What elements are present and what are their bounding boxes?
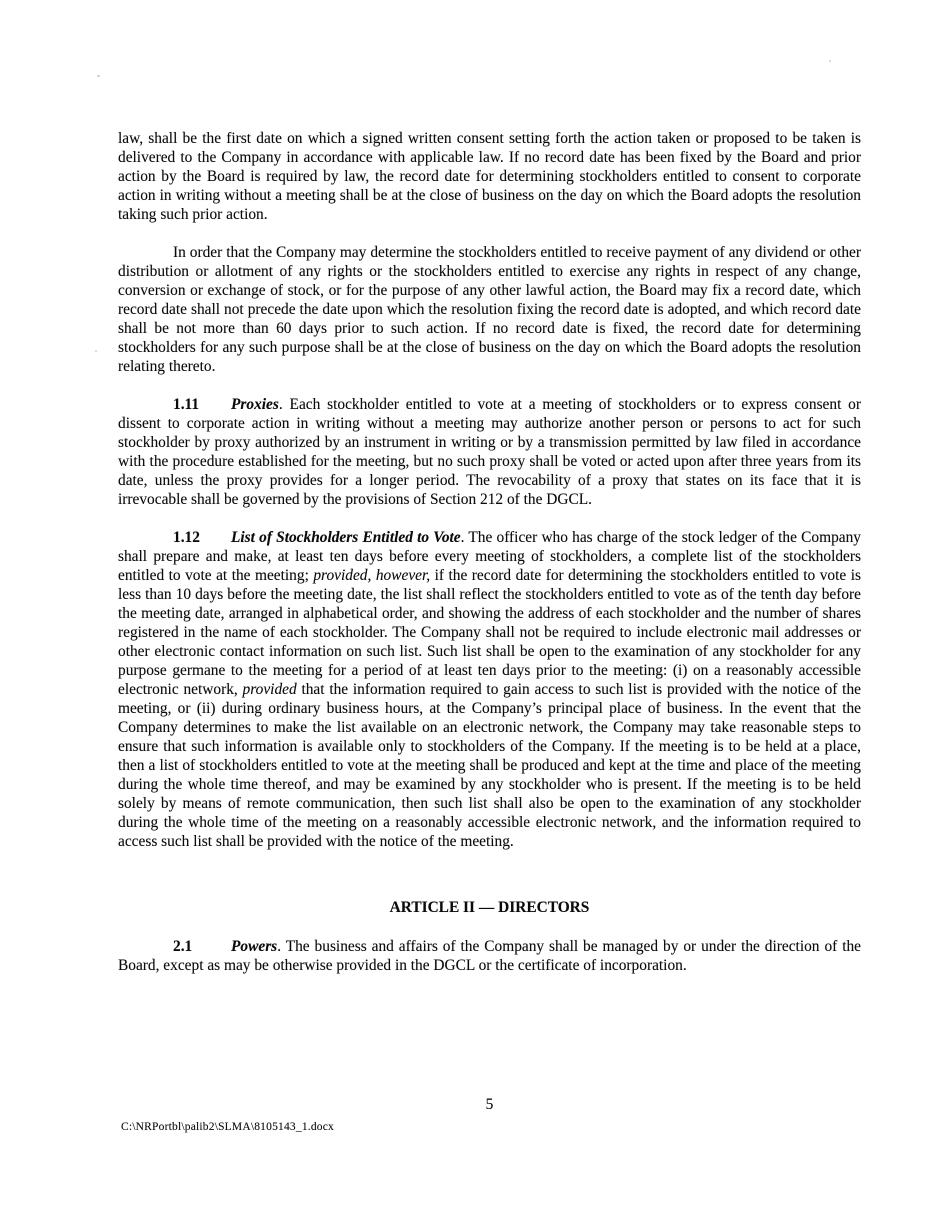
section-2-1-powers: 2.1Powers. The business and affairs of t… [118, 937, 861, 975]
footer-file-path: C:\NRPortbl\palib2\SLMA\8105143_1.docx [121, 1121, 334, 1133]
document-body: law, shall be the first date on which a … [118, 129, 861, 994]
page-number: 5 [118, 1096, 861, 1114]
section-1-12-body-part3: that the information required to gain ac… [118, 681, 861, 850]
paragraph-consent-record-date-continuation: law, shall be the first date on which a … [118, 129, 861, 224]
article-ii-directors-heading: ARTICLE II — DIRECTORS [118, 898, 861, 917]
scan-noise-speck [95, 350, 97, 352]
section-1-12-list-of-stockholders: 1.12List of Stockholders Entitled to Vot… [118, 528, 861, 851]
italic-provided: provided [243, 681, 297, 698]
section-2-1-number: 2.1 [173, 937, 231, 956]
scan-noise-speck [97, 75, 100, 77]
italic-provided-however: provided, however, [313, 567, 430, 584]
scanned-document-page: law, shall be the first date on which a … [0, 0, 934, 1210]
paragraph-record-date-fixing: In order that the Company may determine … [118, 243, 861, 376]
scan-noise-speck [829, 60, 831, 62]
section-2-1-title: Powers [231, 938, 277, 955]
section-1-11-number: 1.11 [173, 395, 231, 414]
section-1-12-body-part2: if the record date for determining the s… [118, 567, 861, 698]
section-1-11-title: Proxies [231, 396, 279, 413]
section-1-11-proxies: 1.11Proxies. Each stockholder entitled t… [118, 395, 861, 509]
section-1-12-title: List of Stockholders Entitled to Vote [231, 529, 461, 546]
section-1-12-number: 1.12 [173, 528, 231, 547]
